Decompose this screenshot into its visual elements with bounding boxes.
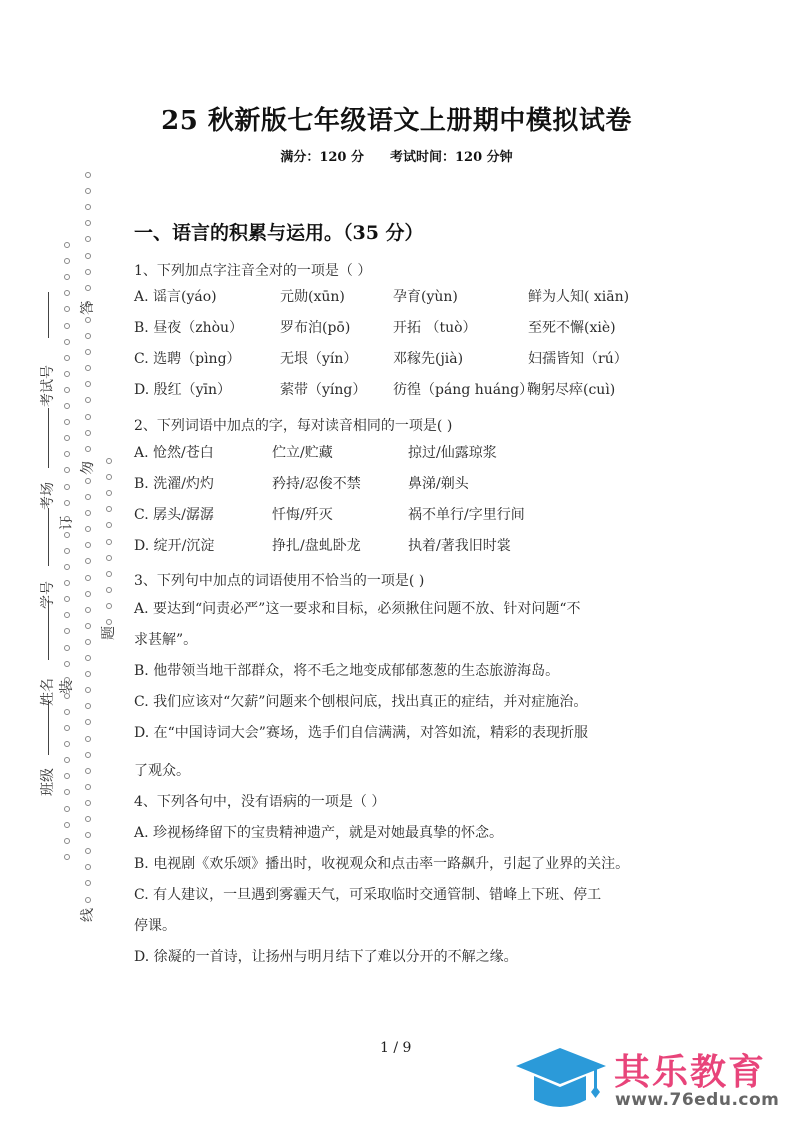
binding-dot bbox=[64, 709, 70, 715]
binding-dot bbox=[85, 526, 91, 532]
binding-dot bbox=[85, 768, 91, 774]
binding-dot bbox=[85, 397, 91, 403]
q2-b-2: 矜持/忍俊不禁 bbox=[272, 473, 361, 493]
q1-stem: 1、下列加点字注音全对的一项是（ ） bbox=[134, 260, 371, 280]
binding-dot bbox=[85, 365, 91, 371]
binding-dot bbox=[64, 822, 70, 828]
binding-dot bbox=[85, 752, 91, 758]
binding-dot bbox=[85, 236, 91, 242]
field-line bbox=[48, 292, 49, 338]
binding-dot bbox=[64, 451, 70, 457]
binding-dot bbox=[85, 816, 91, 822]
seal-mark-ding: 订 bbox=[56, 516, 76, 530]
binding-dot bbox=[85, 575, 91, 581]
page-number: 1 / 9 bbox=[380, 1040, 411, 1056]
binding-dot bbox=[85, 478, 91, 484]
q2-c-1: C. 孱头/潺潺 bbox=[134, 504, 214, 524]
binding-dot bbox=[106, 522, 112, 528]
field-line bbox=[48, 600, 49, 660]
q4-stem: 4、下列各句中，没有语病的一项是（ ） bbox=[134, 791, 385, 811]
field-class-label: 班级 bbox=[37, 762, 57, 796]
binding-dot bbox=[85, 784, 91, 790]
binding-dot bbox=[85, 269, 91, 275]
page-title: 25 秋新版七年级语文上册期中模拟试卷 bbox=[0, 100, 793, 137]
q1-d-4: 鞠躬尽瘁(cuì) bbox=[527, 379, 615, 399]
q3-stem: 3、下列句中加点的词语使用不恰当的一项是( ) bbox=[134, 570, 424, 590]
watermark-brand: 其乐教育 bbox=[614, 1044, 766, 1095]
q1-b-2: 罗布泊(pō) bbox=[280, 317, 350, 337]
binding-dot bbox=[85, 188, 91, 194]
q3-option-a: A. 要达到“问责必严”这一要求和目标，必须揪住问题不放、针对问题“不 bbox=[134, 598, 580, 618]
q1-a-3: 孕育(yùn) bbox=[393, 286, 458, 306]
section-heading: 一、语言的积累与运用。（35 分） bbox=[134, 218, 424, 245]
binding-dot bbox=[106, 555, 112, 561]
binding-dot bbox=[85, 542, 91, 548]
binding-dot bbox=[64, 500, 70, 506]
binding-dot bbox=[64, 419, 70, 425]
binding-dot bbox=[106, 539, 112, 545]
seal-mark-zhuang: 装 bbox=[56, 680, 76, 694]
binding-dot bbox=[64, 645, 70, 651]
q1-a-1: A. 谣言(yáo) bbox=[134, 286, 217, 306]
q4-option-b: B. 电视剧《欢乐颂》播出时，收视观众和点击率一路飙升，引起了业界的关注。 bbox=[134, 853, 629, 873]
exam-time: 考试时间：120 分钟 bbox=[390, 150, 513, 165]
binding-dot bbox=[85, 591, 91, 597]
q3-option-c: C. 我们应该对“欠薪”问题来个刨根问底，找出真正的症结，并对症施治。 bbox=[134, 691, 587, 711]
binding-dot bbox=[106, 603, 112, 609]
q1-d-1: D. 殷红（yīn） bbox=[134, 379, 231, 399]
binding-dot bbox=[64, 403, 70, 409]
binding-dot bbox=[64, 628, 70, 634]
binding-dot bbox=[85, 204, 91, 210]
binding-dot bbox=[85, 510, 91, 516]
binding-dot bbox=[64, 564, 70, 570]
q2-d-1: D. 绽开/沉淀 bbox=[134, 535, 214, 555]
q1-b-1: B. 昼夜（zhòu） bbox=[134, 317, 243, 337]
binding-dot bbox=[106, 506, 112, 512]
q1-b-3: 开拓 （tuò） bbox=[393, 317, 477, 337]
binding-dot bbox=[64, 339, 70, 345]
binding-dot bbox=[85, 832, 91, 838]
binding-dot bbox=[85, 848, 91, 854]
binding-dot bbox=[85, 220, 91, 226]
q2-d-2: 挣扎/盘虬卧龙 bbox=[272, 535, 361, 555]
q3-option-d-cont: 了观众。 bbox=[134, 760, 190, 780]
binding-dot bbox=[85, 736, 91, 742]
seal-mark-xian: 线 bbox=[77, 908, 97, 922]
q2-c-2: 忏悔/歼灭 bbox=[272, 504, 333, 524]
q4-option-c: C. 有人建议，一旦遇到雾霾天气，可采取临时交通管制、错峰上下班、停工 bbox=[134, 884, 601, 904]
q1-c-1: C. 选聘（pìng） bbox=[134, 348, 241, 368]
binding-dot bbox=[85, 414, 91, 420]
graduation-cap-icon bbox=[512, 1044, 610, 1110]
binding-dot bbox=[85, 800, 91, 806]
binding-dot bbox=[85, 446, 91, 452]
binding-dot bbox=[85, 607, 91, 613]
binding-dot bbox=[64, 612, 70, 618]
q2-a-1: A. 怆然/苍白 bbox=[134, 442, 214, 462]
binding-dot bbox=[85, 639, 91, 645]
binding-dot bbox=[85, 655, 91, 661]
binding-dot bbox=[64, 773, 70, 779]
field-line bbox=[48, 508, 49, 566]
binding-dot bbox=[85, 381, 91, 387]
binding-dot bbox=[64, 580, 70, 586]
q3-option-b: B. 他带领当地干部群众，将不毛之地变成郁郁葱葱的生态旅游海岛。 bbox=[134, 660, 559, 680]
binding-dot bbox=[64, 467, 70, 473]
q1-b-4: 至死不懈(xiè) bbox=[528, 317, 616, 337]
field-student-id-label: 学号 bbox=[37, 575, 57, 609]
q3-option-d: D. 在“中国诗词大会”赛场，选手们自信满满，对答如流，精彩的表现折服 bbox=[134, 722, 588, 742]
binding-dot bbox=[64, 596, 70, 602]
q3-option-a-cont: 求甚解”。 bbox=[134, 629, 197, 649]
binding-dot bbox=[85, 430, 91, 436]
q2-a-2: 伫立/贮藏 bbox=[272, 442, 333, 462]
seal-mark-wu: 勿 bbox=[77, 461, 97, 475]
full-score: 满分：120 分 bbox=[280, 150, 364, 165]
binding-dot bbox=[85, 897, 91, 903]
q2-b-3: 鼻涕/剃头 bbox=[408, 473, 469, 493]
field-name-label: 姓名 bbox=[37, 672, 57, 706]
binding-dot bbox=[106, 474, 112, 480]
q1-c-3: 邓稼先(jià) bbox=[393, 348, 463, 368]
binding-dot bbox=[64, 323, 70, 329]
binding-dot bbox=[64, 371, 70, 377]
watermark-url: www.76edu.com bbox=[615, 1090, 779, 1110]
binding-dot bbox=[64, 532, 70, 538]
q2-stem: 2、下列词语中加点的字，每对读音相同的一项是( ) bbox=[134, 415, 452, 435]
binding-dot bbox=[85, 172, 91, 178]
binding-dot bbox=[106, 490, 112, 496]
field-exam-room-label: 考场 bbox=[37, 476, 57, 510]
q4-option-a: A. 珍视杨绛留下的宝贵精神遗产，就是对她最真挚的怀念。 bbox=[134, 822, 503, 842]
exam-info: 满分：120 分考试时间：120 分钟 bbox=[0, 146, 793, 165]
binding-dot bbox=[64, 274, 70, 280]
binding-dot bbox=[64, 854, 70, 860]
q1-c-4: 妇孺皆知（rú） bbox=[528, 348, 628, 368]
binding-dot bbox=[85, 687, 91, 693]
binding-dot bbox=[106, 619, 112, 625]
seal-mark-ti: 题 bbox=[98, 626, 118, 640]
binding-dot bbox=[85, 864, 91, 870]
q4-option-c-cont: 停课。 bbox=[134, 915, 176, 935]
q4-option-d: D. 徐凝的一首诗，让扬州与明月结下了难以分开的不解之缘。 bbox=[134, 946, 518, 966]
q1-c-2: 无垠（yín） bbox=[280, 348, 357, 368]
binding-dot bbox=[64, 789, 70, 795]
binding-dot bbox=[85, 333, 91, 339]
binding-dot bbox=[64, 757, 70, 763]
binding-dot bbox=[106, 458, 112, 464]
q2-a-3: 掠过/仙露琼浆 bbox=[408, 442, 497, 462]
field-line bbox=[48, 700, 49, 755]
binding-dot bbox=[85, 349, 91, 355]
binding-dot bbox=[64, 741, 70, 747]
q2-c-3: 祸不单行/字里行间 bbox=[408, 504, 525, 524]
q2-b-1: B. 洗濯/灼灼 bbox=[134, 473, 214, 493]
binding-dot bbox=[85, 703, 91, 709]
binding-dot bbox=[85, 671, 91, 677]
q1-d-2: 萦带（yíng） bbox=[280, 379, 366, 399]
binding-dot bbox=[64, 725, 70, 731]
field-line bbox=[48, 408, 49, 468]
binding-dot bbox=[64, 661, 70, 667]
binding-dot bbox=[64, 548, 70, 554]
q1-a-4: 鲜为人知( xiān) bbox=[528, 286, 629, 306]
binding-dot bbox=[64, 355, 70, 361]
q1-a-2: 元勋(xūn) bbox=[280, 286, 345, 306]
binding-dot bbox=[85, 285, 91, 291]
binding-dot bbox=[85, 317, 91, 323]
binding-dot bbox=[64, 484, 70, 490]
binding-dot bbox=[64, 242, 70, 248]
binding-dot bbox=[85, 880, 91, 886]
binding-dot bbox=[85, 494, 91, 500]
q2-d-3: 执着/著我旧时裳 bbox=[408, 535, 511, 555]
binding-dot bbox=[64, 387, 70, 393]
seal-mark-da: 答 bbox=[77, 301, 97, 315]
binding-dot bbox=[64, 806, 70, 812]
binding-dot bbox=[64, 290, 70, 296]
binding-dot bbox=[64, 435, 70, 441]
binding-dot bbox=[85, 719, 91, 725]
binding-dot bbox=[106, 571, 112, 577]
binding-dot bbox=[64, 258, 70, 264]
binding-dot bbox=[85, 623, 91, 629]
binding-dot bbox=[85, 558, 91, 564]
q1-d-3: 彷徨（páng huáng） bbox=[393, 379, 533, 399]
binding-dot bbox=[85, 253, 91, 259]
binding-dot bbox=[64, 838, 70, 844]
binding-dot bbox=[64, 306, 70, 312]
field-exam-number-label: 考试号 bbox=[37, 363, 57, 407]
binding-dot bbox=[106, 587, 112, 593]
